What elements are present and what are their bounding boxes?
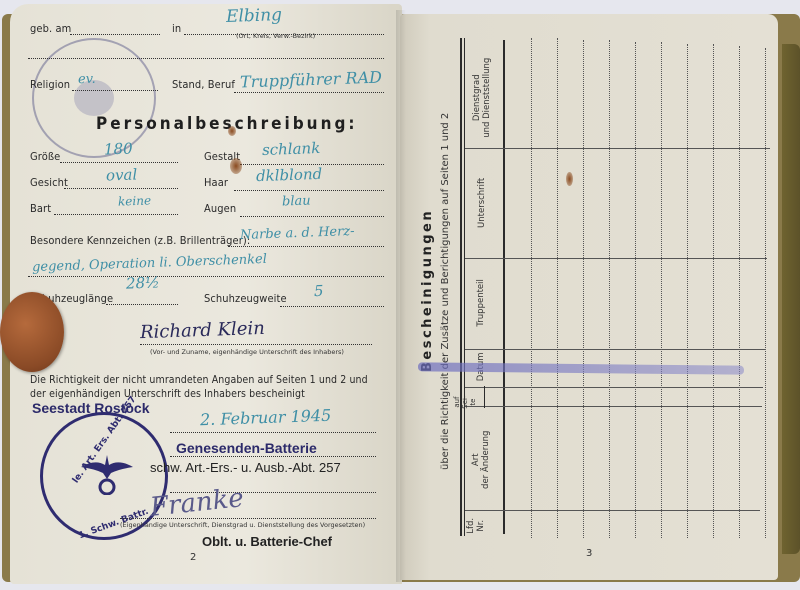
eyes-label: Augen (204, 202, 236, 215)
unit-stamp-2: schw. Art.-Ers.- u. Ausb.-Abt. 257 (150, 460, 341, 475)
extra-line (28, 58, 384, 59)
height-label: Größe (30, 150, 60, 163)
unit-stamp-1: Genesenden-Batterie (176, 440, 317, 456)
face-label: Gesicht (30, 176, 68, 189)
hair-value: dklblond (256, 165, 323, 185)
col-sep-unterschrift (465, 258, 767, 259)
col-sep-truppenteil (465, 349, 765, 350)
entry-line (583, 40, 584, 538)
face-value: oval (106, 165, 138, 184)
rank-stamp: Oblt. u. Batterie-Chef (202, 534, 332, 549)
certification-text-1: Die Richtigkeit der nicht umrandeten Ang… (30, 374, 368, 386)
col-sep-datum (465, 387, 763, 388)
hair-line (234, 190, 384, 191)
birth-place-label: in (172, 22, 181, 35)
entry-line (661, 42, 662, 538)
height-value: 180 (104, 140, 133, 159)
right-page-subtitle: über die Richtigkeit der Zusätze und Ber… (440, 113, 451, 470)
birth-place-value: Elbing (226, 5, 283, 27)
gutter-shadow (396, 10, 406, 582)
col-header-truppenteil: Truppenteil (477, 273, 487, 333)
height-line (60, 162, 178, 163)
religion-label: Religion (30, 78, 70, 91)
page-right (400, 14, 778, 580)
col-sep-art (465, 510, 760, 511)
personal-description-heading: Personalbeschreibung: (96, 114, 358, 134)
officer-signature-caption: (Eigenhändige Unterschrift, Dienstgrad u… (120, 521, 365, 529)
religion-line (72, 90, 158, 91)
header-split (484, 386, 485, 408)
col-header-art: Artder Änderung (472, 422, 492, 498)
col-header-unterschrift: Unterschrift (478, 170, 488, 236)
shoe-length-line (106, 304, 178, 305)
col-header-dienstgrad: Dienstgradund Dienststellung (473, 55, 493, 141)
eyes-line (240, 216, 384, 217)
marks-line-2 (28, 276, 384, 277)
holder-signature-line (140, 344, 372, 345)
entry-line (635, 42, 636, 538)
stain (230, 158, 242, 174)
entry-line (739, 46, 740, 538)
stain (228, 126, 236, 136)
entry-line (609, 40, 610, 538)
entry-line (687, 44, 688, 538)
header-separator (503, 40, 505, 534)
cover-edge (782, 44, 800, 554)
col-header-lfd-nr: Lfd.Nr. (467, 515, 487, 537)
certification-text-2: der eigenhändigen Unterschrift des Inhab… (30, 388, 305, 400)
marks-line-1 (228, 246, 384, 247)
shoe-width-line (280, 306, 384, 307)
holder-signature: Richard Klein (140, 318, 265, 343)
occupation-label: Stand, Beruf (172, 78, 235, 91)
faint-stamp (32, 38, 156, 158)
entry-line (557, 38, 558, 538)
col-sep-seite (465, 406, 762, 407)
right-page-title: Bescheinigungen (420, 209, 435, 372)
table-border-left (460, 38, 462, 536)
shoe-width-value: 5 (314, 282, 324, 300)
entry-line (765, 48, 766, 538)
unit-line-1 (170, 456, 376, 457)
table-border-left-inner (464, 38, 465, 536)
birth-place-hint: (Ort, Kreis, Verw.-Bezirk) (236, 32, 315, 40)
eyes-value: blau (282, 194, 311, 210)
stain (566, 172, 573, 186)
shoe-length-value: 28½ (126, 273, 160, 292)
page-number-right: 3 (586, 548, 592, 559)
coin (0, 292, 64, 372)
officer-signature-line (120, 518, 376, 519)
beard-value: keine (118, 193, 152, 208)
birth-date-line (70, 34, 160, 35)
date-line (170, 432, 376, 433)
holder-signature-caption: (Vor- und Zuname, eigenhändige Unterschr… (150, 348, 344, 356)
shoe-width-label: Schuhzeugweite (204, 292, 287, 305)
marks-label: Besondere Kennzeichen (z.B. Brillenträge… (30, 234, 250, 247)
religion-value: ev. (78, 72, 96, 88)
entry-line (713, 44, 714, 538)
hair-label: Haar (204, 176, 228, 189)
page-number-left: 2 (190, 552, 196, 563)
col-sep-dienstgrad (465, 148, 770, 149)
birth-date-label: geb. am (30, 22, 71, 35)
face-line (64, 188, 178, 189)
entry-line (531, 38, 532, 538)
build-value: schlank (262, 139, 321, 159)
occupation-line (234, 92, 384, 93)
beard-label: Bart (30, 202, 51, 215)
beard-line (54, 214, 178, 215)
col-header-seite: aufSei-te (453, 389, 477, 415)
